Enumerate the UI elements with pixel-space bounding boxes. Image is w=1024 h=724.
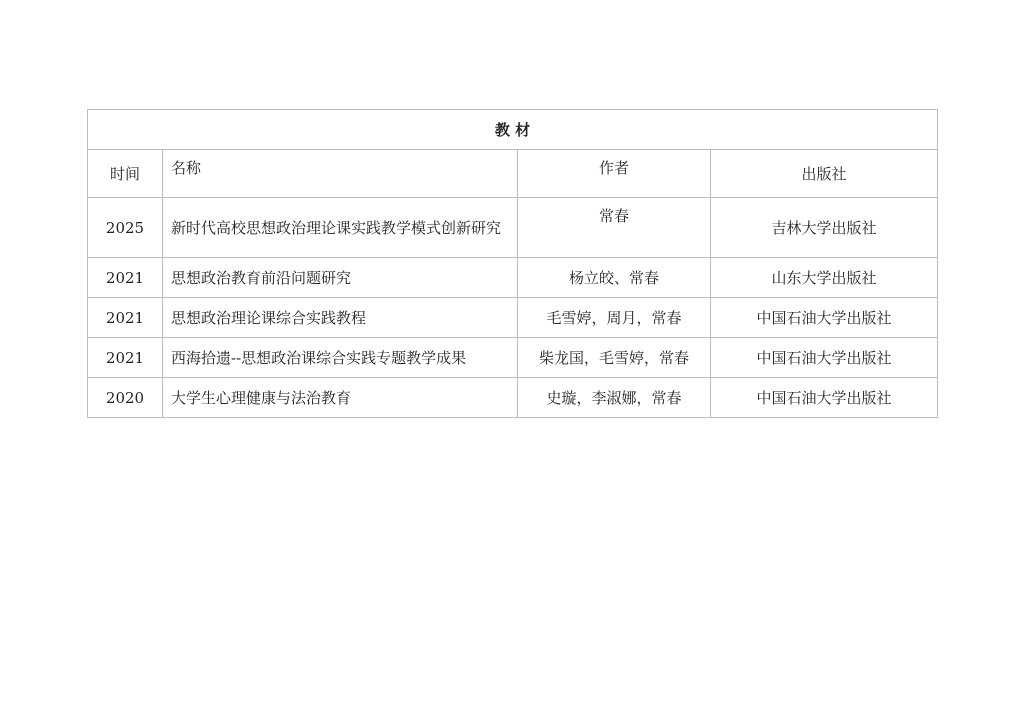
table-row: 2025 新时代高校思想政治理论课实践教学模式创新研究 常春 吉林大学出版社	[88, 198, 938, 258]
row-year: 2021	[88, 338, 163, 378]
header-publisher: 出版社	[711, 150, 938, 198]
table-row: 2021 西海拾遗--思想政治课综合实践专题教学成果 柴龙国，毛雪婷，常春 中国…	[88, 338, 938, 378]
row-publisher: 吉林大学出版社	[711, 198, 938, 258]
row-authors: 常春	[518, 198, 711, 258]
header-year: 时间	[88, 150, 163, 198]
header-name: 名称	[163, 150, 518, 198]
row-name: 大学生心理健康与法治教育	[163, 378, 518, 418]
row-year: 2021	[88, 258, 163, 298]
row-year: 2021	[88, 298, 163, 338]
table-header-row: 时间 名称 作者 出版社	[88, 150, 938, 198]
header-authors: 作者	[518, 150, 711, 198]
row-year: 2025	[88, 198, 163, 258]
row-name: 思想政治理论课综合实践教程	[163, 298, 518, 338]
row-year: 2020	[88, 378, 163, 418]
row-publisher: 山东大学出版社	[711, 258, 938, 298]
table-row: 2021 思想政治理论课综合实践教程 毛雪婷，周月，常春 中国石油大学出版社	[88, 298, 938, 338]
table-title-row: 教 材	[88, 110, 938, 150]
row-authors: 史璇，李淑娜，常春	[518, 378, 711, 418]
table-title: 教 材	[88, 110, 938, 150]
textbooks-table: 教 材 时间 名称 作者 出版社 2025 新时代高校思想政治理论课实践教学模式…	[87, 109, 938, 418]
table-row: 2021 思想政治教育前沿问题研究 杨立皎、常春 山东大学出版社	[88, 258, 938, 298]
row-name: 思想政治教育前沿问题研究	[163, 258, 518, 298]
row-publisher: 中国石油大学出版社	[711, 338, 938, 378]
table-row: 2020 大学生心理健康与法治教育 史璇，李淑娜，常春 中国石油大学出版社	[88, 378, 938, 418]
row-authors: 毛雪婷，周月，常春	[518, 298, 711, 338]
row-authors: 杨立皎、常春	[518, 258, 711, 298]
row-publisher: 中国石油大学出版社	[711, 378, 938, 418]
row-authors: 柴龙国，毛雪婷，常春	[518, 338, 711, 378]
row-publisher: 中国石油大学出版社	[711, 298, 938, 338]
row-name: 西海拾遗--思想政治课综合实践专题教学成果	[163, 338, 518, 378]
row-name: 新时代高校思想政治理论课实践教学模式创新研究	[163, 198, 518, 258]
